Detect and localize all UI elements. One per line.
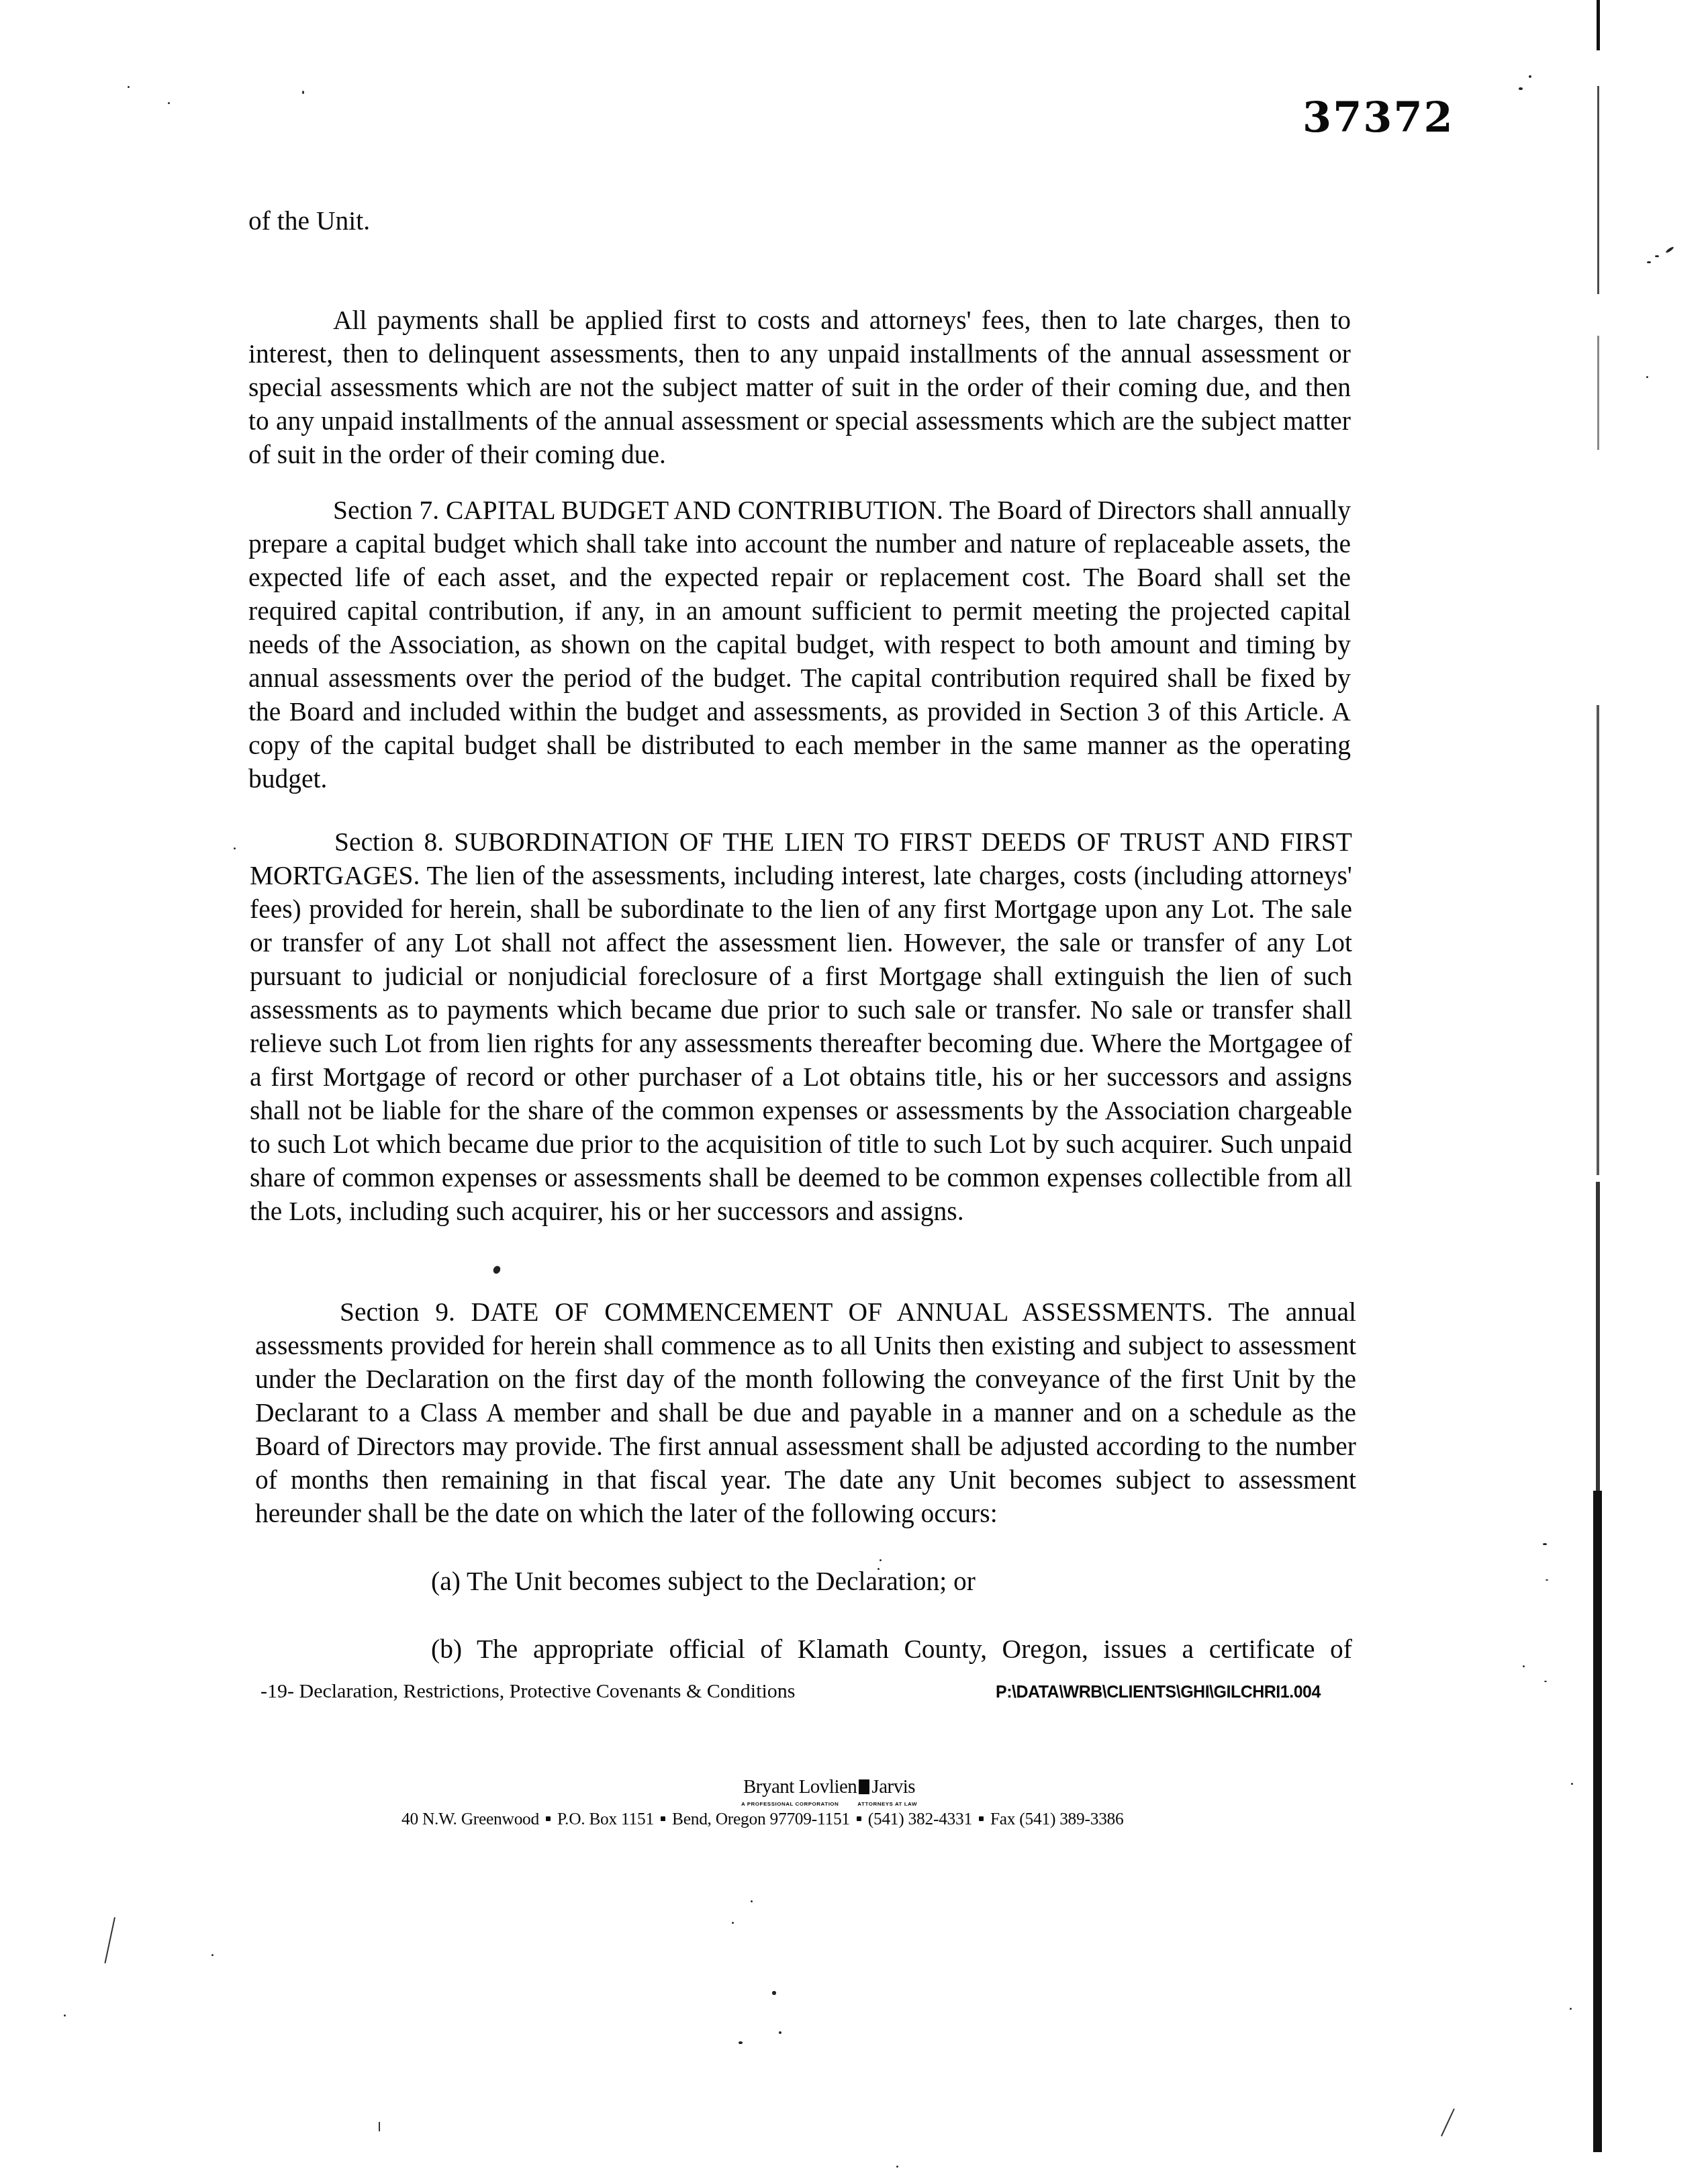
bullet-icon bbox=[857, 1816, 861, 1821]
firm-subtitle-right: ATTORNEYS AT LAW bbox=[857, 1801, 917, 1807]
firm-address: 40 N.W. GreenwoodP.O. Box 1151Bend, Oreg… bbox=[401, 1809, 1124, 1829]
speck-mark bbox=[64, 2014, 66, 2016]
stray-stroke-mark bbox=[379, 2122, 380, 2131]
speck-mark bbox=[168, 102, 170, 104]
bullet-icon bbox=[979, 1816, 984, 1821]
address-fax: Fax (541) 389-3386 bbox=[990, 1809, 1124, 1828]
scan-edge-line bbox=[1596, 1182, 1600, 1491]
speck-mark bbox=[211, 1954, 213, 1956]
speck-mark bbox=[1647, 261, 1651, 263]
separator-square-icon bbox=[859, 1779, 869, 1794]
speck-mark bbox=[751, 1900, 753, 1902]
section-9-paragraph: Section 9. DATE OF COMMENCEMENT OF ANNUA… bbox=[255, 1295, 1356, 1530]
section-8-paragraph: Section 8. SUBORDINATION OF THE LIEN TO … bbox=[250, 825, 1352, 1228]
payments-paragraph: All payments shall be applied first to c… bbox=[248, 304, 1351, 471]
speck-mark bbox=[1571, 1783, 1573, 1785]
speck-mark bbox=[779, 2031, 781, 2034]
scan-edge-line bbox=[1597, 336, 1599, 450]
speck-mark bbox=[880, 1559, 882, 1561]
speck-mark bbox=[1523, 1665, 1525, 1667]
address-city: Bend, Oregon 97709-1151 bbox=[672, 1809, 850, 1828]
continuation-text: of the Unit. bbox=[248, 204, 1351, 238]
speck-mark bbox=[128, 86, 130, 88]
firm-name-part1: Bryant Lovlien bbox=[743, 1776, 857, 1798]
speck-mark bbox=[1543, 1543, 1547, 1545]
bullet-icon bbox=[546, 1816, 551, 1821]
speck-mark bbox=[1546, 1579, 1548, 1581]
list-item-b: (b) The appropriate official of Klamath … bbox=[431, 1632, 1352, 1666]
speck-mark bbox=[739, 2041, 743, 2044]
speck-mark bbox=[772, 1991, 776, 1995]
stray-stroke-mark bbox=[1441, 2108, 1455, 2137]
scan-edge-line bbox=[1597, 86, 1599, 294]
list-item-a: (a) The Unit becomes subject to the Decl… bbox=[431, 1565, 976, 1598]
firm-subtitle-left: A PROFESSIONAL CORPORATION bbox=[741, 1801, 839, 1807]
page-footer-title: -19- Declaration, Restrictions, Protecti… bbox=[260, 1680, 796, 1703]
scan-edge-line bbox=[1593, 1491, 1602, 2152]
scan-edge-line bbox=[1597, 0, 1600, 50]
speck-mark bbox=[302, 91, 304, 94]
bullet-icon bbox=[661, 1816, 665, 1821]
speck-mark bbox=[1665, 246, 1674, 253]
recording-number: 37372 bbox=[1302, 93, 1454, 142]
speck-mark bbox=[1529, 75, 1531, 78]
speck-mark bbox=[1646, 376, 1648, 378]
scan-edge-line bbox=[1597, 705, 1599, 1175]
firm-name: Bryant LovlienJarvis bbox=[0, 1776, 1658, 1798]
firm-name-part2: Jarvis bbox=[871, 1776, 915, 1798]
file-path-label: P:\DATA\WRB\CLIENTS\GHI\GILCHRI1.004 bbox=[996, 1683, 1321, 1702]
address-po-box: P.O. Box 1151 bbox=[557, 1809, 654, 1828]
speck-mark bbox=[877, 1568, 880, 1570]
address-phone: (541) 382-4331 bbox=[868, 1809, 972, 1828]
speck-mark bbox=[896, 2166, 898, 2168]
section-7-paragraph: Section 7. CAPITAL BUDGET AND CONTRIBUTI… bbox=[248, 494, 1351, 796]
speck-mark bbox=[1570, 2008, 1572, 2010]
address-street: 40 N.W. Greenwood bbox=[401, 1809, 539, 1828]
speck-mark bbox=[1655, 255, 1659, 257]
speck-mark bbox=[732, 1922, 734, 1924]
speck-mark bbox=[1544, 1681, 1547, 1682]
speck-mark bbox=[492, 1264, 502, 1274]
stray-stroke-mark bbox=[104, 1917, 115, 1963]
firm-subtitle: A PROFESSIONAL CORPORATIONATTORNEYS AT L… bbox=[0, 1801, 1658, 1807]
speck-mark bbox=[234, 847, 236, 849]
speck-mark bbox=[1519, 87, 1523, 90]
